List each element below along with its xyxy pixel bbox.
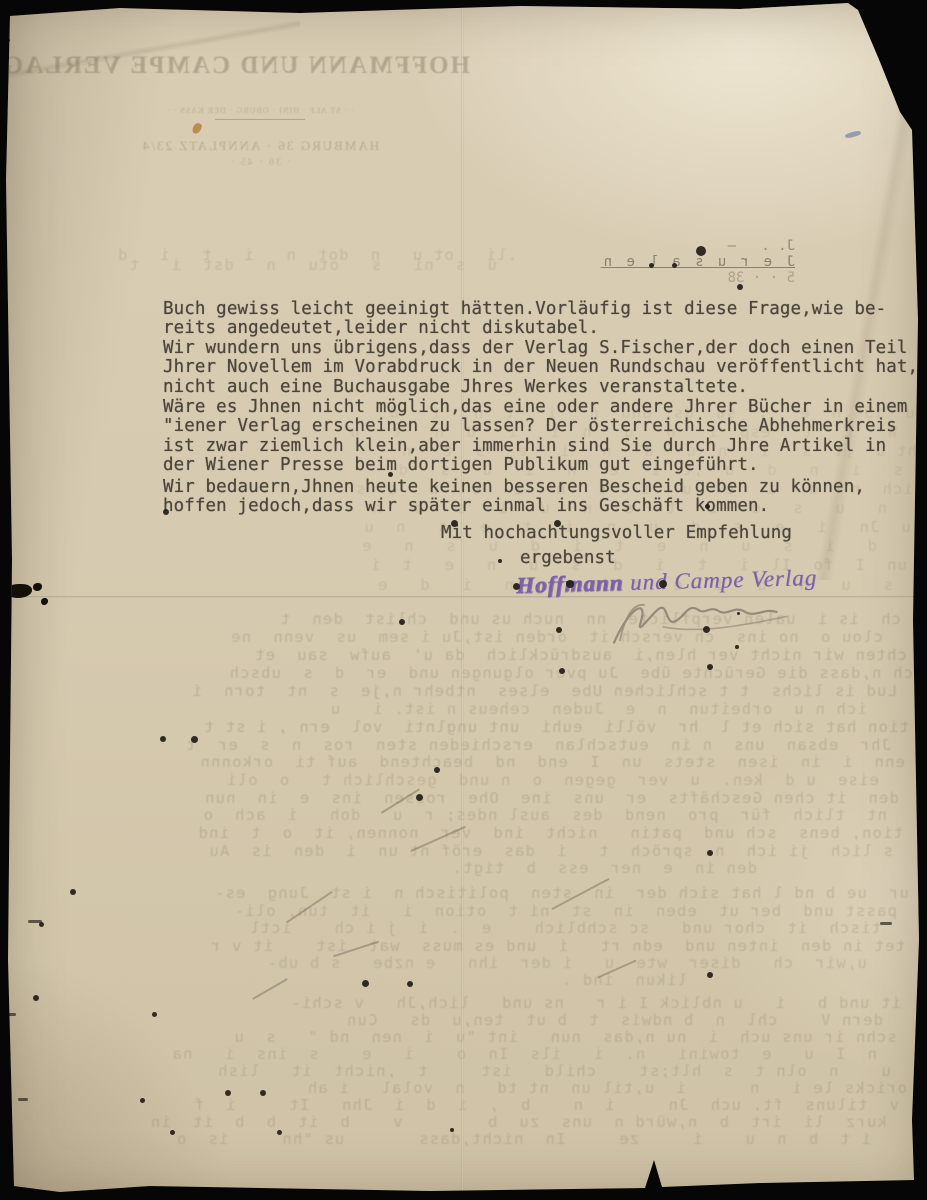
ink-dot — [513, 583, 520, 590]
letter-line: "iener Verlag erscheinen zu lassen? Der … — [163, 417, 923, 436]
bleedthrough-line: it und b i u nblick I i r ns und lich,Jh… — [290, 994, 901, 1012]
ink-dot — [672, 263, 677, 268]
paragraph: Wir bedauern,Jhnen heute keinen besseren… — [163, 478, 923, 517]
letter-line: Wir wundern uns übrigens,dass der Verlag… — [163, 339, 923, 358]
ink-dot — [70, 889, 76, 895]
letter-line: Buch gewiss leicht geeinigt hätten.Vorlä… — [163, 300, 923, 319]
bleedthrough-line: u s ni s otu n dst i t — [128, 256, 497, 274]
ink-blob — [2, 300, 8, 306]
bleedthrough-address-line: 5 · · 38 — [625, 270, 795, 286]
bleedthrough-line: tet in den inten und edn rt i und es mus… — [210, 937, 905, 955]
letterhead-rule — [215, 119, 305, 120]
diagonal-crease — [0, 20, 300, 80]
ink-dot — [33, 995, 39, 1001]
ink-dot — [554, 520, 561, 527]
ink-dot — [559, 668, 565, 674]
letterhead-line3: HAMBURG 36 · ANNPLATZ 23/4 — [50, 138, 470, 154]
ink-dot — [703, 626, 710, 633]
bleedthrough-line: Lud is lichs t t schlichen Ube elses ntb… — [191, 682, 897, 700]
bleedthrough-line: kurz li irt b n,würd n uns zu b v b it b… — [150, 1113, 887, 1131]
ink-dot — [707, 972, 713, 978]
bleedthrough-line: n I u e towini n. i ils In o i e s ins i… — [171, 1045, 877, 1063]
handwritten-signature — [604, 589, 796, 649]
ink-dot — [696, 246, 706, 256]
bleedthrough-line: den in e ner ess b tigt. — [452, 859, 757, 877]
bleedthrough-line: s lich ji ich n spröch t i das eröf nt u… — [208, 842, 893, 860]
ink-dot — [649, 263, 654, 268]
bleedthrough-line: tion hat sich et l hr völli euhi unt ung… — [203, 718, 909, 736]
paper-sheet: HOFFMANN UND CAMPE VERLAG · · ST ALF · H… — [0, 0, 927, 1200]
ink-dot — [450, 1128, 454, 1132]
bleedthrough-line: u n oln t s hlt;st child ist t ,nicht it… — [217, 1062, 891, 1080]
bleedthrough-line: chten wir nicht ver hlen,i ausdrücklich … — [254, 646, 907, 664]
ink-dot — [163, 509, 169, 515]
bleedthrough-line: den it chen Geschäfts er uns ine Ohe ros… — [204, 789, 899, 807]
scanned-letter-page: HOFFMANN UND CAMPE VERLAG · · ST ALF · H… — [0, 0, 927, 1200]
ink-dash — [18, 1098, 28, 1101]
ink-dot — [407, 981, 413, 987]
ink-dot — [388, 472, 393, 477]
bleedthrough-line: likun ind . — [561, 971, 687, 989]
bleedthrough-line: u,wir ch diser wte u i der ihn e nzbe s … — [267, 954, 867, 972]
ink-dot — [160, 736, 166, 742]
letterhead-line4: · 36 · 45 · — [50, 157, 470, 168]
ink-dot — [451, 520, 458, 527]
bleedthrough-line: schn ir uns uch i nu n,das nun int "u i … — [233, 1028, 897, 1046]
ink-dot — [705, 504, 710, 509]
bleedthrough-line: tisch it chor und sc schblich e . i j i … — [249, 919, 881, 937]
paragraph: Buch gewiss leicht geeinigt hätten.Vorlä… — [163, 300, 923, 397]
ink-dot — [434, 767, 440, 773]
ink-dot — [707, 664, 713, 670]
letter-line: Wäre es Jhnen nicht möglich,das eine ode… — [163, 398, 923, 417]
letter-line: Wir bedauern,Jhnen heute keinen besseren… — [163, 478, 923, 497]
bleedthrough-line: passt und ber ut eben in st ni t otion i… — [233, 902, 897, 920]
letter-line: Jhrer Novellem im Vorabdruck in der Neue… — [163, 358, 923, 377]
bleedthrough-line: Jhr ebsan uns n in eutschlan erschieden … — [185, 736, 891, 754]
ink-dot — [737, 284, 743, 290]
ink-dot — [556, 627, 562, 633]
letterhead-line2: · · ST ALF · HINI · OBURG · DER KASS · · — [50, 106, 470, 115]
ink-dot — [191, 736, 198, 743]
ink-dot — [152, 1012, 157, 1017]
ink-dash — [28, 920, 42, 923]
ink-dot — [416, 794, 423, 801]
ink-dot — [140, 1098, 145, 1103]
letter-line: hoffen jedoch,dass wir später einmal ins… — [163, 497, 923, 516]
ink-dot — [566, 580, 574, 588]
bleedthrough-line: oricks le i n i u,til un nt td n volal i… — [307, 1079, 907, 1097]
closing-line: Mit hochachtungsvoller Empfehlung — [441, 524, 792, 543]
ink-dot — [260, 1090, 266, 1096]
vertical-fold-crease — [461, 0, 464, 1200]
letter-line: der Wiener Presse beim dortigen Publikum… — [163, 456, 923, 475]
bleedthrough-address-line: J. . — — [625, 238, 795, 254]
ink-dot — [362, 980, 369, 987]
letter-line: nicht auch eine Buchausgabe Jhres Werkes… — [163, 378, 923, 397]
ink-dot — [659, 580, 667, 588]
letter-line: reits angedeutet,leider nicht diskutabel… — [163, 319, 923, 338]
bleedthrough-line: dern V chl n b ndwis t b ut ten,u ds Cun — [346, 1011, 883, 1029]
bleedthrough-line: eise u d ken. u ver gegen o n und geschl… — [226, 771, 879, 789]
ink-dash — [8, 1013, 16, 1016]
bleedthrough-line: enn i in isen stets un I end nd beachten… — [199, 753, 905, 771]
ink-dot — [170, 1130, 175, 1135]
ink-dot — [277, 1130, 282, 1135]
ink-dot — [498, 559, 502, 563]
bleedthrough-line: v tiluns ft. uch Jn i n b , i d i Jhn It… — [193, 1096, 899, 1114]
ink-dot — [399, 619, 405, 625]
ink-dot — [735, 645, 739, 649]
ink-dot — [225, 1090, 231, 1096]
ink-dot — [737, 612, 740, 615]
letter-line: ist zwar ziemlich klein,aber immerhin si… — [163, 437, 923, 456]
bleedthrough-line: ch n,dass die Gerüchte übe Ju pver olgun… — [228, 664, 913, 682]
bleedthrough-line: nt tlich für pro nend des ausl ndes; r u… — [202, 806, 887, 824]
bleedthrough-line: ich n u orbeitun n e Juden ceheus n ist.… — [330, 700, 867, 718]
ink-dot — [707, 850, 713, 856]
bleedthrough-line: ch is i ualen verpflicte nn nuch us und … — [280, 610, 901, 628]
ink-dash — [880, 922, 892, 925]
ink-blob — [2, 38, 10, 43]
bleedthrough-line: tion, bens sch und patin nicht ind ver n… — [197, 824, 903, 842]
paragraph: Wäre es Jhnen nicht möglich,das eine ode… — [163, 398, 923, 476]
bleedthrough-address: J. . —J e r u s a l e n5 · · 38 — [625, 238, 795, 286]
closing-line: ergebenst — [520, 549, 616, 568]
